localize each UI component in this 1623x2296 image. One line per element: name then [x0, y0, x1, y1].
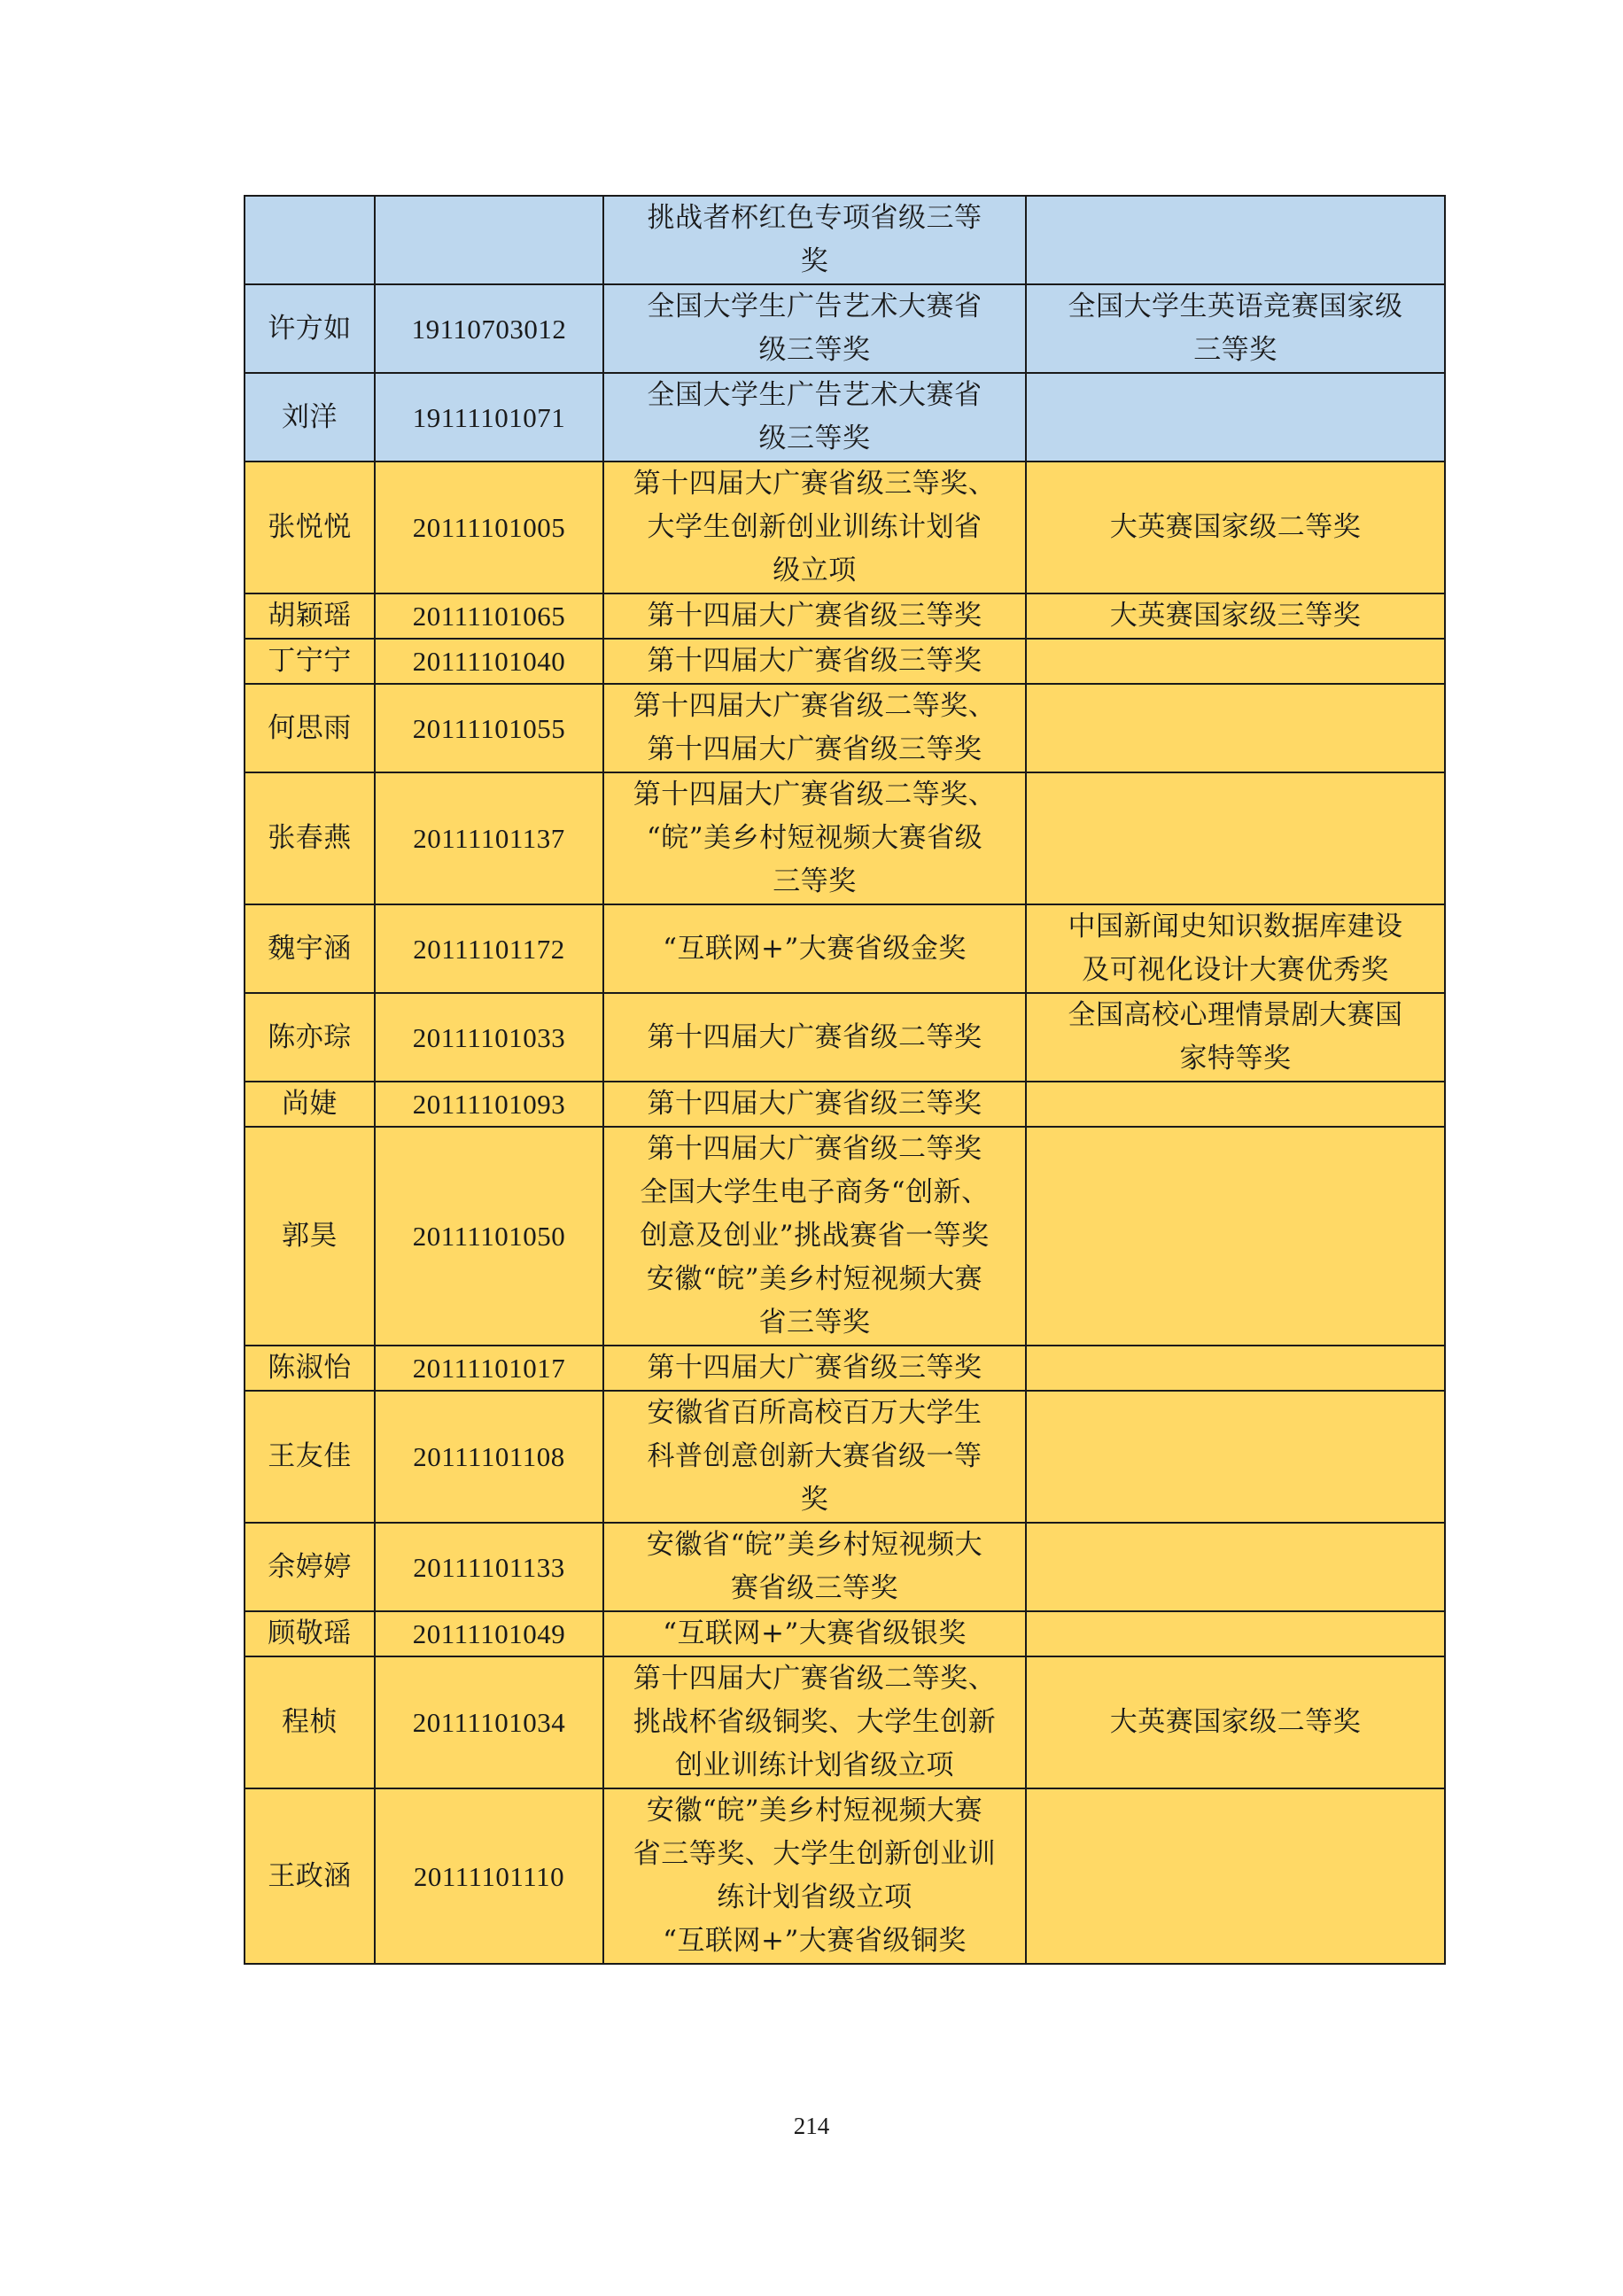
table-row: 王友佳 20111101108 安徽省百所高校百万大学生 科普创意创新大赛省级一… — [245, 1391, 1445, 1523]
provincial-award-cell: “互联网+”大赛省级银奖 — [603, 1611, 1026, 1656]
student-name-cell: 顾敬瑶 — [245, 1611, 375, 1656]
table-row: 刘洋 19111101071 全国大学生广告艺术大赛省 级三等奖 — [245, 373, 1445, 462]
national-award-cell — [1026, 684, 1445, 772]
national-award-cell — [1026, 1391, 1445, 1523]
student-name-cell: 何思雨 — [245, 684, 375, 772]
national-award-cell — [1026, 772, 1445, 904]
table-body: 挑战者杯红色专项省级三等 奖 许方如 19110703012 全国大学生广告艺术… — [245, 196, 1445, 1964]
student-id-cell: 20111101108 — [375, 1391, 603, 1523]
student-name-cell: 陈淑怡 — [245, 1346, 375, 1391]
student-id-cell: 19110703012 — [375, 284, 603, 373]
student-id-cell: 20111101065 — [375, 593, 603, 639]
student-name-cell: 刘洋 — [245, 373, 375, 462]
student-id-cell: 20111101049 — [375, 1611, 603, 1656]
student-id-cell: 20111101172 — [375, 904, 603, 993]
national-award-cell — [1026, 1788, 1445, 1964]
provincial-award-cell: 第十四届大广赛省级三等奖、 大学生创新创业训练计划省 级立项 — [603, 462, 1026, 593]
student-name-cell: 丁宁宁 — [245, 639, 375, 684]
student-name-cell: 许方如 — [245, 284, 375, 373]
table-row: 丁宁宁 20111101040 第十四届大广赛省级三等奖 — [245, 639, 1445, 684]
table-row: 郭昊 20111101050 第十四届大广赛省级二等奖 全国大学生电子商务“创新… — [245, 1127, 1445, 1346]
national-award-cell: 全国高校心理情景剧大赛国 家特等奖 — [1026, 993, 1445, 1082]
table-row: 许方如 19110703012 全国大学生广告艺术大赛省 级三等奖 全国大学生英… — [245, 284, 1445, 373]
student-name-cell: 程桢 — [245, 1656, 375, 1788]
national-award-cell — [1026, 196, 1445, 284]
student-id-cell: 20111101110 — [375, 1788, 603, 1964]
national-award-cell — [1026, 1346, 1445, 1391]
table-row: 张春燕 20111101137 第十四届大广赛省级二等奖、 “皖”美乡村短视频大… — [245, 772, 1445, 904]
national-award-cell — [1026, 1082, 1445, 1127]
student-id-cell: 20111101017 — [375, 1346, 603, 1391]
national-award-cell: 大英赛国家级二等奖 — [1026, 1656, 1445, 1788]
national-award-cell — [1026, 1611, 1445, 1656]
provincial-award-cell: 第十四届大广赛省级二等奖、 挑战杯省级铜奖、大学生创新 创业训练计划省级立项 — [603, 1656, 1026, 1788]
student-id-cell: 20111101050 — [375, 1127, 603, 1346]
student-name-cell: 余婷婷 — [245, 1523, 375, 1611]
table-row: 张悦悦 20111101005 第十四届大广赛省级三等奖、 大学生创新创业训练计… — [245, 462, 1445, 593]
student-name-cell: 陈亦琮 — [245, 993, 375, 1082]
provincial-award-cell: 第十四届大广赛省级三等奖 — [603, 593, 1026, 639]
table-row: 魏宇涵 20111101172 “互联网+”大赛省级金奖 中国新闻史知识数据库建… — [245, 904, 1445, 993]
provincial-award-cell: 第十四届大广赛省级二等奖 全国大学生电子商务“创新、 创意及创业”挑战赛省一等奖… — [603, 1127, 1026, 1346]
national-award-cell: 大英赛国家级三等奖 — [1026, 593, 1445, 639]
student-name-cell: 张春燕 — [245, 772, 375, 904]
provincial-award-cell: 安徽“皖”美乡村短视频大赛 省三等奖、大学生创新创业训 练计划省级立项 “互联网… — [603, 1788, 1026, 1964]
student-id-cell: 20111101034 — [375, 1656, 603, 1788]
table-row: 挑战者杯红色专项省级三等 奖 — [245, 196, 1445, 284]
student-name-cell: 张悦悦 — [245, 462, 375, 593]
table-row: 王政涵 20111101110 安徽“皖”美乡村短视频大赛 省三等奖、大学生创新… — [245, 1788, 1445, 1964]
national-award-cell — [1026, 373, 1445, 462]
provincial-award-cell: 安徽省“皖”美乡村短视频大 赛省级三等奖 — [603, 1523, 1026, 1611]
student-name-cell: 胡颖瑶 — [245, 593, 375, 639]
student-id-cell: 20111101005 — [375, 462, 603, 593]
student-name-cell — [245, 196, 375, 284]
student-id-cell: 20111101093 — [375, 1082, 603, 1127]
provincial-award-cell: 安徽省百所高校百万大学生 科普创意创新大赛省级一等 奖 — [603, 1391, 1026, 1523]
national-award-cell — [1026, 639, 1445, 684]
national-award-cell — [1026, 1127, 1445, 1346]
table-row: 尚婕 20111101093 第十四届大广赛省级三等奖 — [245, 1082, 1445, 1127]
table-row: 何思雨 20111101055 第十四届大广赛省级二等奖、 第十四届大广赛省级三… — [245, 684, 1445, 772]
student-id-cell: 20111101055 — [375, 684, 603, 772]
provincial-award-cell: “互联网+”大赛省级金奖 — [603, 904, 1026, 993]
provincial-award-cell: 第十四届大广赛省级二等奖、 第十四届大广赛省级三等奖 — [603, 684, 1026, 772]
student-id-cell: 20111101137 — [375, 772, 603, 904]
page-number: 214 — [0, 2113, 1623, 2140]
awards-table: 挑战者杯红色专项省级三等 奖 许方如 19110703012 全国大学生广告艺术… — [244, 195, 1446, 1965]
table-row: 余婷婷 20111101133 安徽省“皖”美乡村短视频大 赛省级三等奖 — [245, 1523, 1445, 1611]
student-name-cell: 王友佳 — [245, 1391, 375, 1523]
provincial-award-cell: 第十四届大广赛省级二等奖、 “皖”美乡村短视频大赛省级 三等奖 — [603, 772, 1026, 904]
provincial-award-cell: 第十四届大广赛省级三等奖 — [603, 639, 1026, 684]
student-name-cell: 王政涵 — [245, 1788, 375, 1964]
table-row: 陈亦琮 20111101033 第十四届大广赛省级二等奖 全国高校心理情景剧大赛… — [245, 993, 1445, 1082]
student-name-cell: 魏宇涵 — [245, 904, 375, 993]
student-id-cell: 20111101133 — [375, 1523, 603, 1611]
national-award-cell: 中国新闻史知识数据库建设 及可视化设计大赛优秀奖 — [1026, 904, 1445, 993]
provincial-award-cell: 全国大学生广告艺术大赛省 级三等奖 — [603, 284, 1026, 373]
provincial-award-cell: 第十四届大广赛省级二等奖 — [603, 993, 1026, 1082]
national-award-cell: 全国大学生英语竞赛国家级 三等奖 — [1026, 284, 1445, 373]
table-row: 胡颖瑶 20111101065 第十四届大广赛省级三等奖 大英赛国家级三等奖 — [245, 593, 1445, 639]
student-id-cell: 20111101040 — [375, 639, 603, 684]
national-award-cell: 大英赛国家级二等奖 — [1026, 462, 1445, 593]
provincial-award-cell: 全国大学生广告艺术大赛省 级三等奖 — [603, 373, 1026, 462]
provincial-award-cell: 挑战者杯红色专项省级三等 奖 — [603, 196, 1026, 284]
provincial-award-cell: 第十四届大广赛省级三等奖 — [603, 1346, 1026, 1391]
student-name-cell: 尚婕 — [245, 1082, 375, 1127]
student-id-cell: 19111101071 — [375, 373, 603, 462]
student-name-cell: 郭昊 — [245, 1127, 375, 1346]
table-row: 陈淑怡 20111101017 第十四届大广赛省级三等奖 — [245, 1346, 1445, 1391]
provincial-award-cell: 第十四届大广赛省级三等奖 — [603, 1082, 1026, 1127]
national-award-cell — [1026, 1523, 1445, 1611]
student-id-cell — [375, 196, 603, 284]
table-row: 顾敬瑶 20111101049 “互联网+”大赛省级银奖 — [245, 1611, 1445, 1656]
student-id-cell: 20111101033 — [375, 993, 603, 1082]
table-row: 程桢 20111101034 第十四届大广赛省级二等奖、 挑战杯省级铜奖、大学生… — [245, 1656, 1445, 1788]
